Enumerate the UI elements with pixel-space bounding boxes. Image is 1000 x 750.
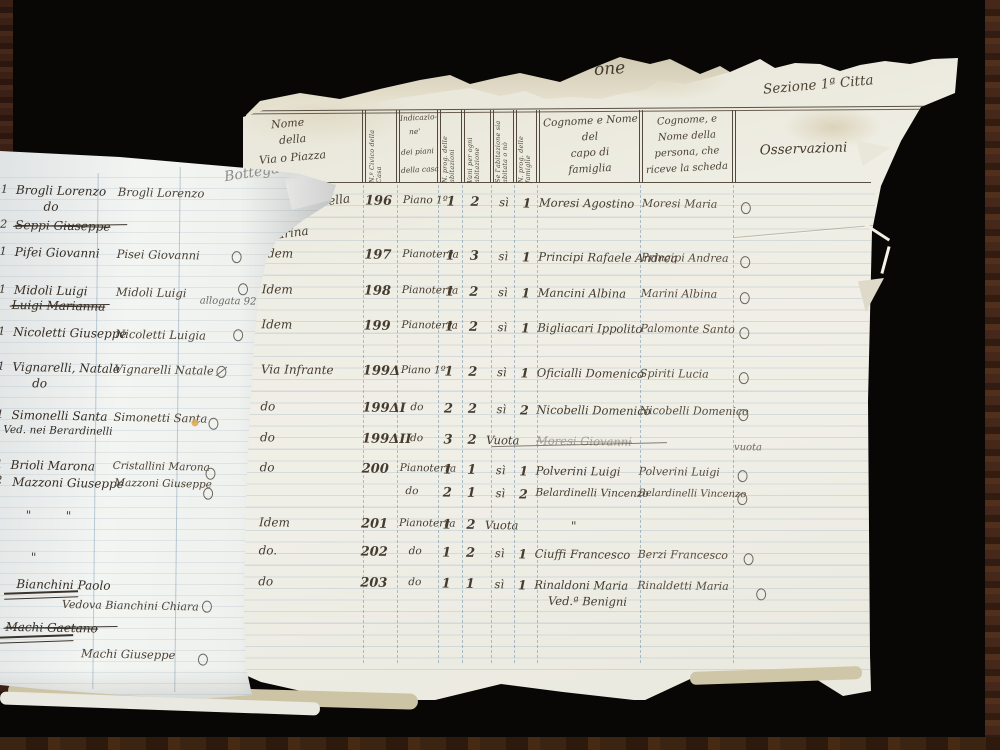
dwellings-cell: 2 [438,485,456,500]
name-cell: Pifei Giovanni [15,245,123,261]
name-cell-crossed: Machi Gaetano [5,620,113,636]
observation-circle [738,409,748,421]
recipient-cell: Nicoletti Luigia [115,327,207,343]
row-number: 1 [0,325,9,338]
dwellings-cell: 1 [440,319,458,334]
recipient-cell: Pisei Giovanni [117,247,209,263]
head-cell-2: Ved.ª Benigni [548,594,650,609]
recipient-cell: Spiriti Lucia [640,367,735,381]
observation-circle [208,418,218,430]
name-cell-2: do [43,199,58,213]
recipient-cell: Nicobelli Domenico [639,404,734,418]
observation-circle [756,588,766,600]
observation-circle [198,654,208,666]
binding-thread [880,246,890,274]
families-cell: 1 [519,195,535,210]
civic-cell: 199 [363,319,399,334]
head-cell: Principi Rafaele Andrea [538,250,640,265]
dwellings-cell: 1 [442,194,460,209]
observation-circle [233,329,243,341]
families-cell: 1 [518,249,534,264]
table-row: do 199ΔI do 2 2 sì 2 Nicobelli Domenico … [240,399,880,435]
vuota-note: vuota [734,442,762,453]
table-row: Idem 197 Pianoterra 1 3 sì 1 Principi Ra… [242,246,882,282]
families-cell: 1 [516,463,532,478]
recipient-cell-2: Mazzoni Giuseppe [114,477,206,491]
street-cell: Via Infrante [261,362,361,377]
street-cell: do [260,399,360,414]
civic-cell: 200 [362,461,398,476]
recipient-cell: Marini Albina [641,287,736,301]
head-cell: Polverini Luigi [536,464,638,479]
row-number: 1 [0,458,7,471]
observation-circle [741,202,751,214]
recipient-cell: Berzi Francesco [638,548,733,562]
ditto-mark: " [66,509,72,523]
civic-cell: 199ΔII [362,431,398,446]
recipient-cell: Polverini Luigi [639,465,734,479]
civic-cell: 202 [361,544,397,559]
observation-circle [739,327,749,339]
observation-circle [238,283,248,295]
observation-circle [202,601,212,613]
paper-stain [191,419,198,426]
name-cell: Brogli Lorenzo [16,183,124,199]
recipient-cell: Moresi Maria [642,197,737,211]
name-cell: Midoli Luigi [14,283,122,299]
fragment-text: one [593,58,626,80]
rooms-cell: 1 [461,486,481,501]
name-cell: Vignarelli, Natale [12,360,120,376]
rooms-cell: 2 [463,320,483,335]
dwellings-cell: 1 [438,545,456,560]
dwellings-cell: 1 [441,284,459,299]
families-cell: 1 [518,285,534,300]
occupied-cell: sì [488,249,518,263]
register-photo: one Sezione 1ª Citta Nome della Via o Pi… [0,0,1000,750]
head-cell-faded: Moresi Giovanni [536,434,638,449]
name-cell: Simonelli Santa [11,408,119,424]
name-cell: Nicoletti Giuseppe [13,325,121,341]
occupied-cell: sì [485,546,515,560]
row-number: 1 [1,183,12,196]
name-cell-crossed: Luigi Marianna [12,298,106,314]
rooms-cell: 1 [462,463,482,478]
civic-cell: 199Δ [363,364,399,379]
name-cell-2: do [32,376,47,390]
observation-circle [205,468,215,480]
recipient-cell: Cristallini Marona [113,460,205,474]
row-number: 1 [0,360,9,373]
rooms-cell: 2 [462,433,482,448]
rooms-cell: 2 [465,195,485,210]
head-cell: Bigliacari Ippolito [537,321,639,336]
table-row: do 203 do 1 1 sì 1 Rinaldoni Maria Ved.ª… [238,574,878,610]
occupied-cell: Vuota [485,518,515,532]
head-ditto: " [571,519,591,533]
civic-cell: 198 [364,284,400,299]
row-number: 1 [0,245,11,258]
rooms-cell: 2 [461,546,481,561]
street-cell: Idem [261,317,361,332]
observation-circle [232,251,242,263]
families-cell: 1 [517,320,533,335]
families-cell: 1 [517,365,533,380]
name-cell-2: Ved. nei Berardinelli [3,424,112,438]
dwellings-cell: 2 [439,401,457,416]
street-cell: do [260,460,360,475]
recipient-cell: Brogli Lorenzo [118,185,210,201]
families-cell: 2 [515,486,531,501]
name-cell-crossed: Seppi Giuseppe [15,218,123,234]
occupied-cell: sì [485,486,515,500]
table-row: Via Infrante 199Δ Piano 1º 1 2 sì 1 Ofic… [241,362,881,398]
dwellings-cell: 1 [439,462,457,477]
row-number: 1 [0,283,10,296]
families-cell: 2 [516,402,532,417]
recipient-cell: Vedova Bianchini Chiara [62,598,154,613]
recipient-cell: Machi Giuseppe [81,646,173,662]
street-cell: Idem [259,515,359,530]
table-edge-right [985,0,1000,750]
head-cell: Moresi Agostino [539,196,641,211]
table-row: Idem 198 Pianoterra 1 2 sì 1 Mancini Alb… [242,282,882,318]
row-number: 1 [0,408,8,421]
margin-note: allogata 92 [200,295,257,307]
occupied-cell: sì [484,577,514,591]
observation-circle [740,256,750,268]
observation-circle [739,372,749,384]
ditto-mark: " [31,550,37,564]
families-cell: 1 [514,577,530,592]
dwellings-cell: 3 [439,432,457,447]
street-cell: do [258,574,358,589]
table-edge-bottom [0,737,1000,750]
civic-cell: 197 [364,248,400,263]
civic-cell: 203 [360,575,396,590]
recipient-cell: Palomonte Santo [640,322,735,336]
street-cell: do. [259,543,359,558]
rooms-cell: 2 [463,365,483,380]
observation-circle [738,470,748,482]
occupied-cell: sì [486,463,516,477]
dwellings-cell: 1 [438,517,456,532]
recipient-cell: Vignarelli Natale [114,362,206,378]
head-cell: Ciuffi Francesco [535,547,637,562]
row-number: 2 [0,620,4,633]
civic-cell: 201 [361,516,397,531]
rooms-cell: 2 [461,518,481,533]
table-row: Idem 199 Pianoterra 1 2 sì 1 Bigliacari … [241,317,881,353]
observation-circle [740,292,750,304]
dwellings-cell: 1 [441,248,459,263]
crossed-scribble [0,634,73,643]
rooms-cell: 2 [464,285,484,300]
rooms-cell: 3 [464,249,484,264]
families-cell: 1 [515,546,531,561]
observation-circle [737,493,747,505]
head-cell: Mancini Albina [538,286,640,301]
occupied-cell: sì [486,402,516,416]
recipient-cell: Principi Andrea [641,251,736,265]
register-rows: Dopo della Marina 196 Piano 1º 1 2 sì 1 … [237,54,885,682]
recipient-cell: Rinaldetti Maria [637,579,732,593]
civic-cell: 199ΔI [362,400,398,415]
register-sheet: Sezione 1ª Citta Nome della Via o Piazza… [243,55,960,700]
rooms-cell: 1 [460,577,480,592]
observation-circle [203,488,213,500]
rooms-cell: 2 [462,402,482,417]
floor-cell: do [405,485,467,498]
dwellings-cell: 1 [440,364,458,379]
observation-circle [744,553,754,565]
civic-cell: 196 [365,194,401,209]
list-item: 1 Brogli Lorenzo do Brogli Lorenzo [0,183,352,220]
head-cell: Nicobelli Domenico [536,403,638,418]
table-row: Dopo della Marina 196 Piano 1º 1 2 sì 1 … [243,192,883,228]
head-cell: Belardinelli Vincenzo [535,487,637,500]
recipient-cell: Midoli Luigi [116,285,208,301]
row-number-2: 2 [0,474,6,487]
name-cell-2: Mazzoni Giuseppe [12,475,124,491]
ditto-mark: " [26,508,32,522]
dwellings-cell: 1 [437,576,455,591]
head-cell: Oficialli Domenico [537,366,639,381]
row-number: 2 [0,218,11,231]
observation-circle-crossed [216,366,226,378]
street-cell: do [260,430,360,445]
recipient-cell: Belardinelli Vincenzo [638,488,733,500]
occupied-cell: sì [488,285,518,299]
occupied-cell: sì [487,365,517,379]
head-cell: Rinaldoni Maria [534,578,636,593]
street-cell: Idem [262,282,362,297]
name-cell: Brioli Marona [10,458,118,474]
occupied-cell: sì [489,195,519,209]
street-cell: Idem [262,246,362,261]
occupied-cell: sì [487,320,517,334]
